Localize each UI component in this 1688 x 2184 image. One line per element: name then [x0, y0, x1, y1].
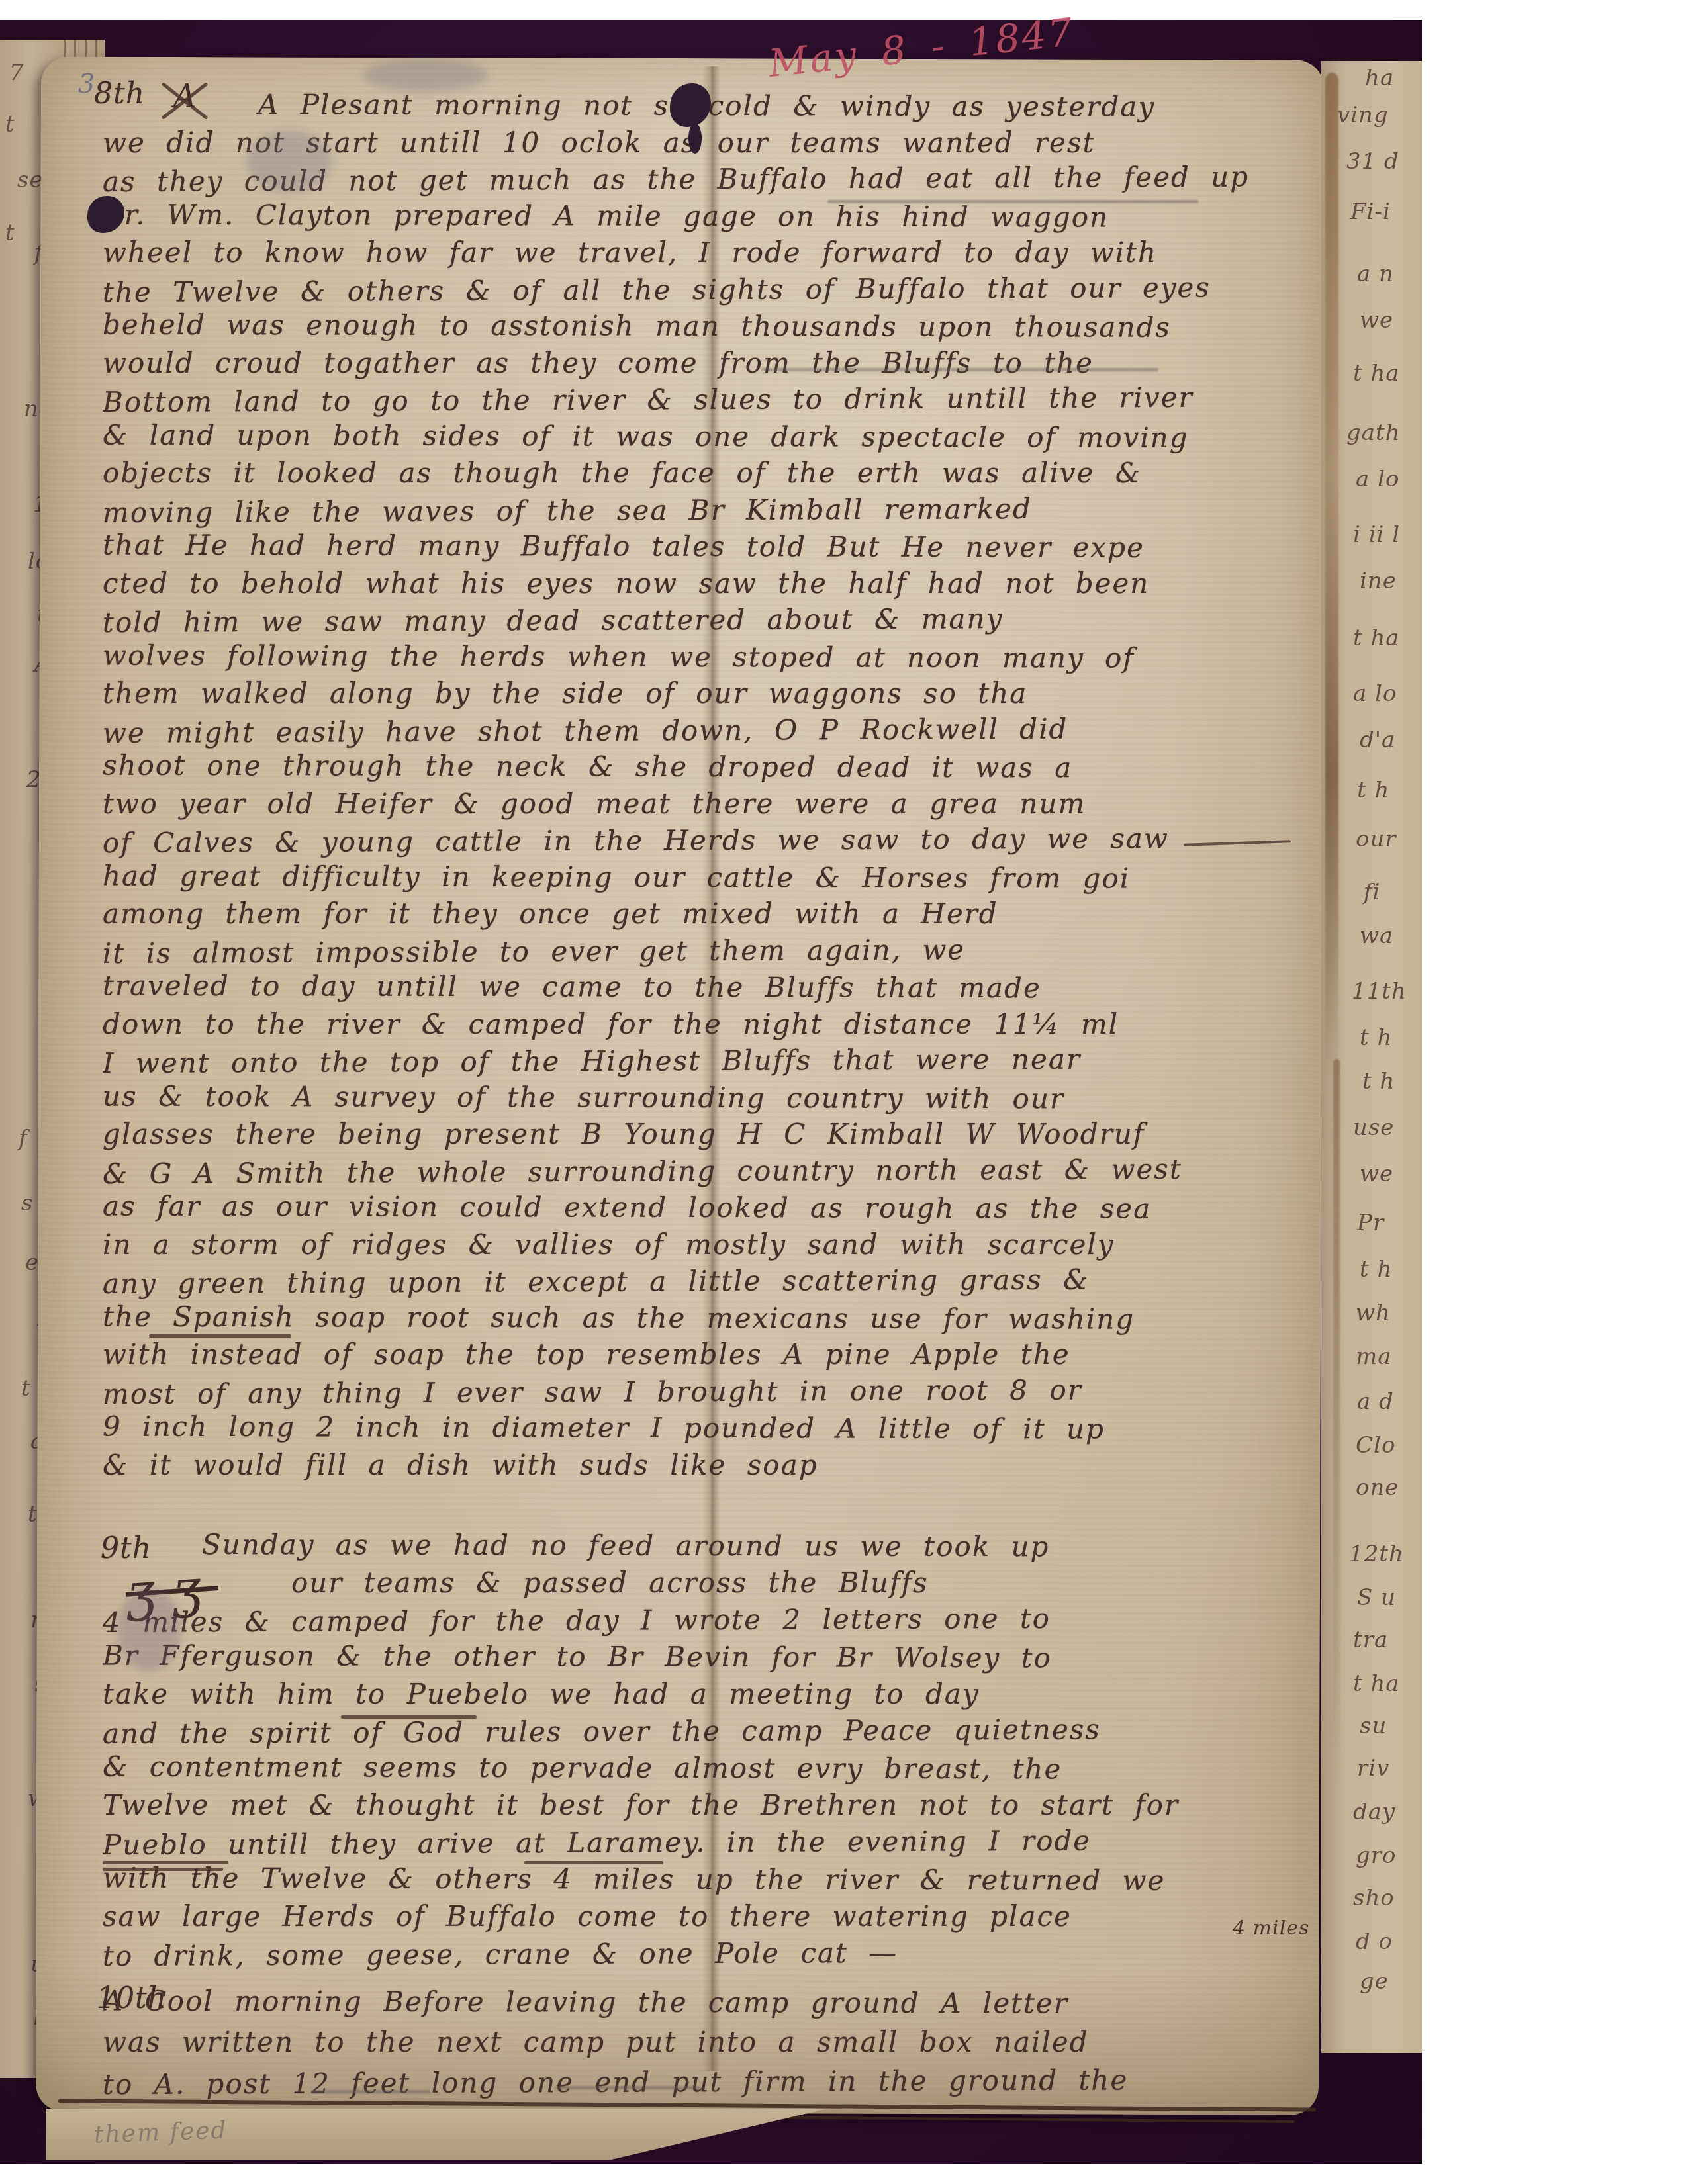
- underline-pueblo-second: [103, 1868, 223, 1871]
- bottom-pencil-fragment: them feed: [93, 2116, 228, 2148]
- edge-text-fragment: S u: [1357, 1584, 1396, 1611]
- journal-line: & contentment seems to pervade almost ev…: [103, 1749, 1326, 1789]
- edge-text-fragment: t ha: [1353, 1670, 1400, 1697]
- journal-line: with the Twelve & others 4 miles up the …: [103, 1860, 1326, 1900]
- journal-line: the Spanish soap root such as the mexica…: [103, 1298, 1326, 1338]
- pencil-smudge: [246, 130, 332, 193]
- journal-line: we might easily have shot them down, O P…: [103, 709, 1326, 751]
- torn-edge-stain: [1325, 73, 1338, 1079]
- journal-line: cted to behold what his eyes now saw the…: [103, 565, 1326, 602]
- journal-line: moving like the waves of the sea Br Kimb…: [103, 488, 1326, 531]
- journal-line: Sunday as we had no feed around us we to…: [103, 1527, 1326, 1566]
- pencil-squiggle: [761, 368, 1158, 371]
- scanned-journal-screenshot: 7thsetfor5no16louthAt25m10oufseMtatonegw…: [0, 0, 1688, 2184]
- edge-text-fragment: Clo: [1356, 1432, 1395, 1459]
- journal-line: and the spirit of God rules over the cam…: [103, 1710, 1326, 1752]
- journal-line: that He had herd many Buffalo tales told…: [103, 527, 1326, 567]
- edge-text-fragment: ma: [1356, 1343, 1392, 1370]
- edge-text-fragment: our: [1356, 826, 1397, 852]
- ink-smear: [118, 1587, 181, 1672]
- journal-line: Bottom land to go to the river & slues t…: [103, 379, 1326, 421]
- edge-text-fragment: ine: [1360, 568, 1397, 594]
- journal-line: told him we saw many dead scattered abou…: [103, 599, 1326, 641]
- journal-line: A Cool morning Before leaving the camp g…: [103, 1983, 1326, 2024]
- pencil-smudge: [363, 58, 489, 93]
- edge-text-fragment: d o: [1356, 1929, 1393, 1955]
- journal-line: wheel to know how far we travel, I rode …: [103, 234, 1326, 271]
- edge-text-fragment: Pr: [1357, 1210, 1384, 1236]
- edge-text-fragment: i ii l: [1353, 522, 1400, 548]
- journal-line: traveled to day untill we came to the Bl…: [103, 968, 1326, 1007]
- journal-line: any green thing upon it except a little …: [103, 1260, 1326, 1302]
- pencil-squiggle: [556, 2086, 702, 2089]
- edge-text-fragment: gath: [1346, 420, 1401, 446]
- edge-text-fragment: t ha: [1353, 360, 1400, 387]
- journal-line: beheld was enough to asstonish man thous…: [103, 306, 1326, 346]
- journal-line: wolves following the herds when we stope…: [103, 637, 1326, 676]
- journal-line: shoot one through the neck & she droped …: [103, 747, 1326, 787]
- journal-line: & land upon both sides of it was one dar…: [103, 416, 1326, 456]
- edge-text-fragment: t h: [1360, 1024, 1392, 1051]
- journal-line: I went onto the top of the Highest Bluff…: [103, 1040, 1326, 1082]
- edge-text-fragment: t h: [1362, 1068, 1395, 1095]
- edge-text-fragment: t: [21, 1375, 31, 1402]
- edge-text-fragment: fi: [1364, 879, 1380, 905]
- edge-text-fragment: ge: [1360, 1968, 1389, 1995]
- underline-puebelo: [341, 1715, 477, 1719]
- edge-text-fragment: day: [1353, 1799, 1395, 1825]
- journal-line: glasses there being present B Young H C …: [103, 1116, 1326, 1153]
- edge-text-fragment: sho: [1353, 1885, 1395, 1911]
- pencil-squiggle: [827, 200, 1198, 203]
- journal-line: 9 inch long 2 inch in diameter I pounded…: [103, 1408, 1326, 1448]
- edge-text-fragment: wh: [1356, 1300, 1391, 1326]
- journal-line: them walked along by the side of our wag…: [103, 675, 1326, 712]
- edge-text-fragment: f: [19, 1125, 28, 1152]
- edge-text-fragment: tra: [1353, 1627, 1388, 1653]
- edge-text-fragment: t h: [1357, 777, 1389, 803]
- journal-line: us & took A survey of the surrounding co…: [103, 1077, 1326, 1117]
- edge-text-fragment: a d: [1357, 1388, 1394, 1415]
- entry-8-text-block: A Plesant morning not so cold & windy as…: [103, 87, 1326, 1483]
- journal-line: to A. post 12 feet long one end put firm…: [103, 2060, 1326, 2102]
- entry-9-text-block: Sunday as we had no feed around us we to…: [103, 1527, 1326, 1972]
- edge-text-fragment: d'a: [1360, 727, 1395, 753]
- journal-line: as far as our vision could extend looked…: [103, 1188, 1326, 1228]
- underline-laramey: [524, 1861, 663, 1864]
- edge-text-fragment: 12th: [1349, 1541, 1404, 1567]
- edge-text-fragment: Fi-i: [1350, 199, 1391, 225]
- journal-line: Br Fferguson & the other to Br Bevin for…: [103, 1637, 1326, 1678]
- journal-line: two year old Heifer & good meat there we…: [103, 786, 1326, 823]
- edge-text-fragment: we: [1360, 307, 1393, 334]
- pencil-squiggle: [311, 2090, 430, 2093]
- edge-text-fragment: we: [1360, 1161, 1393, 1187]
- journal-line: to drink, some geese, crane & one Pole c…: [103, 1933, 1326, 1972]
- journal-line: would croud togather as they come from t…: [103, 345, 1326, 382]
- edge-text-fragment: ving: [1337, 102, 1389, 128]
- journal-line: of Calves & young cattle in the Herds we…: [103, 819, 1326, 862]
- edge-text-fragment: riv: [1357, 1755, 1389, 1782]
- torn-edge-stain-lower: [1333, 1059, 1340, 1787]
- underline-pueblo: [103, 1861, 228, 1864]
- journal-line: Pueblo untill they arive at Laramey. in …: [103, 1821, 1326, 1864]
- journal-line: with instead of soap the top resembles A…: [103, 1336, 1326, 1373]
- journal-line: our teams & passed across the Bluffs: [103, 1565, 1326, 1602]
- ink-blot-drip: [688, 123, 702, 154]
- journal-line: Twelve met & thought it best for the Bre…: [103, 1787, 1326, 1824]
- edge-text-fragment: ha: [1365, 65, 1394, 91]
- edge-text-fragment: t ha: [1353, 625, 1400, 651]
- edge-text-fragment: s: [21, 1190, 33, 1216]
- edge-text-fragment: 31 d: [1346, 148, 1399, 175]
- journal-line: the Twelve & others & of all the sights …: [103, 268, 1326, 310]
- journal-line: it is almost impossible to ever get them…: [103, 929, 1326, 972]
- journal-line: down to the river & camped for the night…: [103, 1006, 1326, 1043]
- journal-line: most of any thing I ever saw I brought i…: [103, 1370, 1326, 1412]
- edge-text-fragment: e: [25, 1250, 39, 1276]
- edge-text-fragment: gro: [1356, 1843, 1397, 1869]
- journal-line: take with him to Puebelo we had a meetin…: [103, 1676, 1326, 1713]
- journal-line: objects it looked as though the face of …: [103, 455, 1326, 492]
- edge-text-fragment: one: [1356, 1475, 1399, 1501]
- edge-text-fragment: t: [5, 111, 15, 138]
- edge-text-fragment: 7: [9, 60, 24, 86]
- journal-line: & it would fill a dish with suds like so…: [103, 1447, 1326, 1484]
- journal-line: & G A Smith the whole surrounding countr…: [103, 1150, 1326, 1192]
- edge-text-fragment: t: [5, 220, 15, 246]
- edge-text-fragment: use: [1353, 1115, 1394, 1141]
- journal-line: 4 miles & camped for the day I wrote 2 l…: [103, 1599, 1326, 1641]
- distance-margin-note: 4 miles: [1233, 1917, 1309, 1940]
- edge-text-fragment: t h: [1360, 1256, 1392, 1283]
- edge-text-fragment: a lo: [1353, 680, 1397, 707]
- journal-line: was written to the next camp put into a …: [103, 2023, 1326, 2062]
- journal-line: A Plesant morning not so cold & windy as…: [103, 87, 1326, 126]
- edge-text-fragment: 11th: [1352, 978, 1407, 1005]
- journal-line: among them for it they once get mixed wi…: [103, 895, 1326, 933]
- edge-text-fragment: se: [17, 167, 44, 193]
- journal-line: saw large Herds of Buffalo come to there…: [103, 1898, 1326, 1935]
- edge-text-fragment: wa: [1360, 923, 1393, 949]
- underline-spanish: [149, 1334, 291, 1338]
- edge-text-fragment: a lo: [1356, 466, 1399, 492]
- edge-text-fragment: a n: [1357, 261, 1394, 287]
- journal-line: in a storm of ridges & vallies of mostly…: [103, 1226, 1326, 1263]
- journal-line: had great difficulty in keeping our catt…: [103, 857, 1326, 897]
- edge-text-fragment: su: [1360, 1713, 1387, 1739]
- entry-10-text-block: A Cool morning Before leaving the camp g…: [103, 1983, 1326, 2102]
